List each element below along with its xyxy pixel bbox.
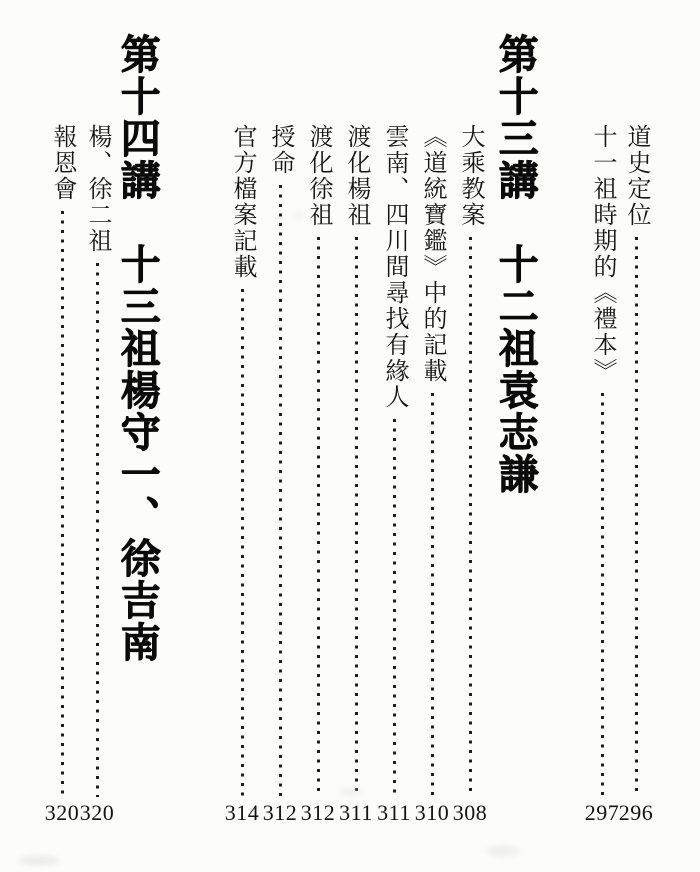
toc-entry: 大乘教案 308 (453, 124, 487, 824)
entry-text: 《道統寶鑑》中的記載 (420, 124, 444, 384)
entry-text: 官方檔案記載 (230, 124, 254, 280)
dotted-leader (431, 393, 434, 797)
page-number: 297 (585, 802, 620, 824)
toc-entry: 渡化楊祖 311 (339, 124, 373, 824)
dotted-leader (279, 185, 282, 797)
toc-entry: 《道統寶鑑》中的記載 310 (415, 124, 449, 824)
entry-text: 報恩會 (50, 124, 74, 202)
dotted-leader (393, 419, 396, 797)
entry-text: 渡化徐祖 (306, 124, 330, 228)
page-number: 320 (80, 802, 115, 824)
page-number: 311 (339, 802, 373, 824)
page-number: 296 (619, 802, 654, 824)
entry-text: 道史定位 (624, 124, 648, 228)
toc-entry: 官方檔案記載 314 (225, 124, 259, 824)
dotted-leader (317, 237, 320, 797)
chapter-heading-14: 第十四講 十三祖楊守一、徐吉南 (116, 33, 158, 663)
scan-smudge (338, 788, 364, 796)
entry-text: 雲南、四川間尋找有緣人 (382, 124, 406, 410)
page-number: 314 (225, 802, 260, 824)
toc-entry: 楊、徐二祖 320 (80, 124, 114, 824)
toc-entry: 渡化徐祖 312 (301, 124, 335, 824)
page-number: 311 (377, 802, 411, 824)
page-number: 312 (301, 802, 336, 824)
dotted-leader (241, 289, 244, 797)
entry-text: 渡化楊祖 (344, 124, 368, 228)
scan-smudge (486, 845, 520, 857)
page-number: 308 (453, 802, 488, 824)
entry-text: 大乘教案 (458, 124, 482, 228)
dotted-leader (61, 211, 64, 797)
toc-entry: 十一祖時期的《禮本》 297 (585, 124, 619, 824)
scan-smudge (292, 212, 306, 219)
scan-smudge (18, 856, 60, 865)
dotted-leader (469, 237, 472, 797)
dotted-leader (96, 263, 99, 797)
dotted-leader (601, 393, 604, 797)
toc-entry: 授命 312 (263, 124, 297, 824)
chapter-heading-13: 第十三講 十二祖袁志謙 (494, 33, 536, 495)
page-number: 310 (415, 802, 450, 824)
page-number: 320 (45, 802, 80, 824)
entry-text: 楊、徐二祖 (85, 124, 109, 254)
entry-text: 授命 (268, 124, 292, 176)
entry-text: 十一祖時期的《禮本》 (590, 124, 614, 384)
toc-entry: 雲南、四川間尋找有緣人 311 (377, 124, 411, 824)
page-number: 312 (263, 802, 298, 824)
toc-entry: 道史定位 296 (619, 124, 653, 824)
scanned-toc-page: 道史定位 296 十一祖時期的《禮本》 297 第十三講 十二祖袁志謙 大乘教案… (0, 0, 700, 872)
dotted-leader (635, 237, 638, 797)
dotted-leader (355, 237, 358, 797)
toc-entry: 報恩會 320 (45, 124, 79, 824)
